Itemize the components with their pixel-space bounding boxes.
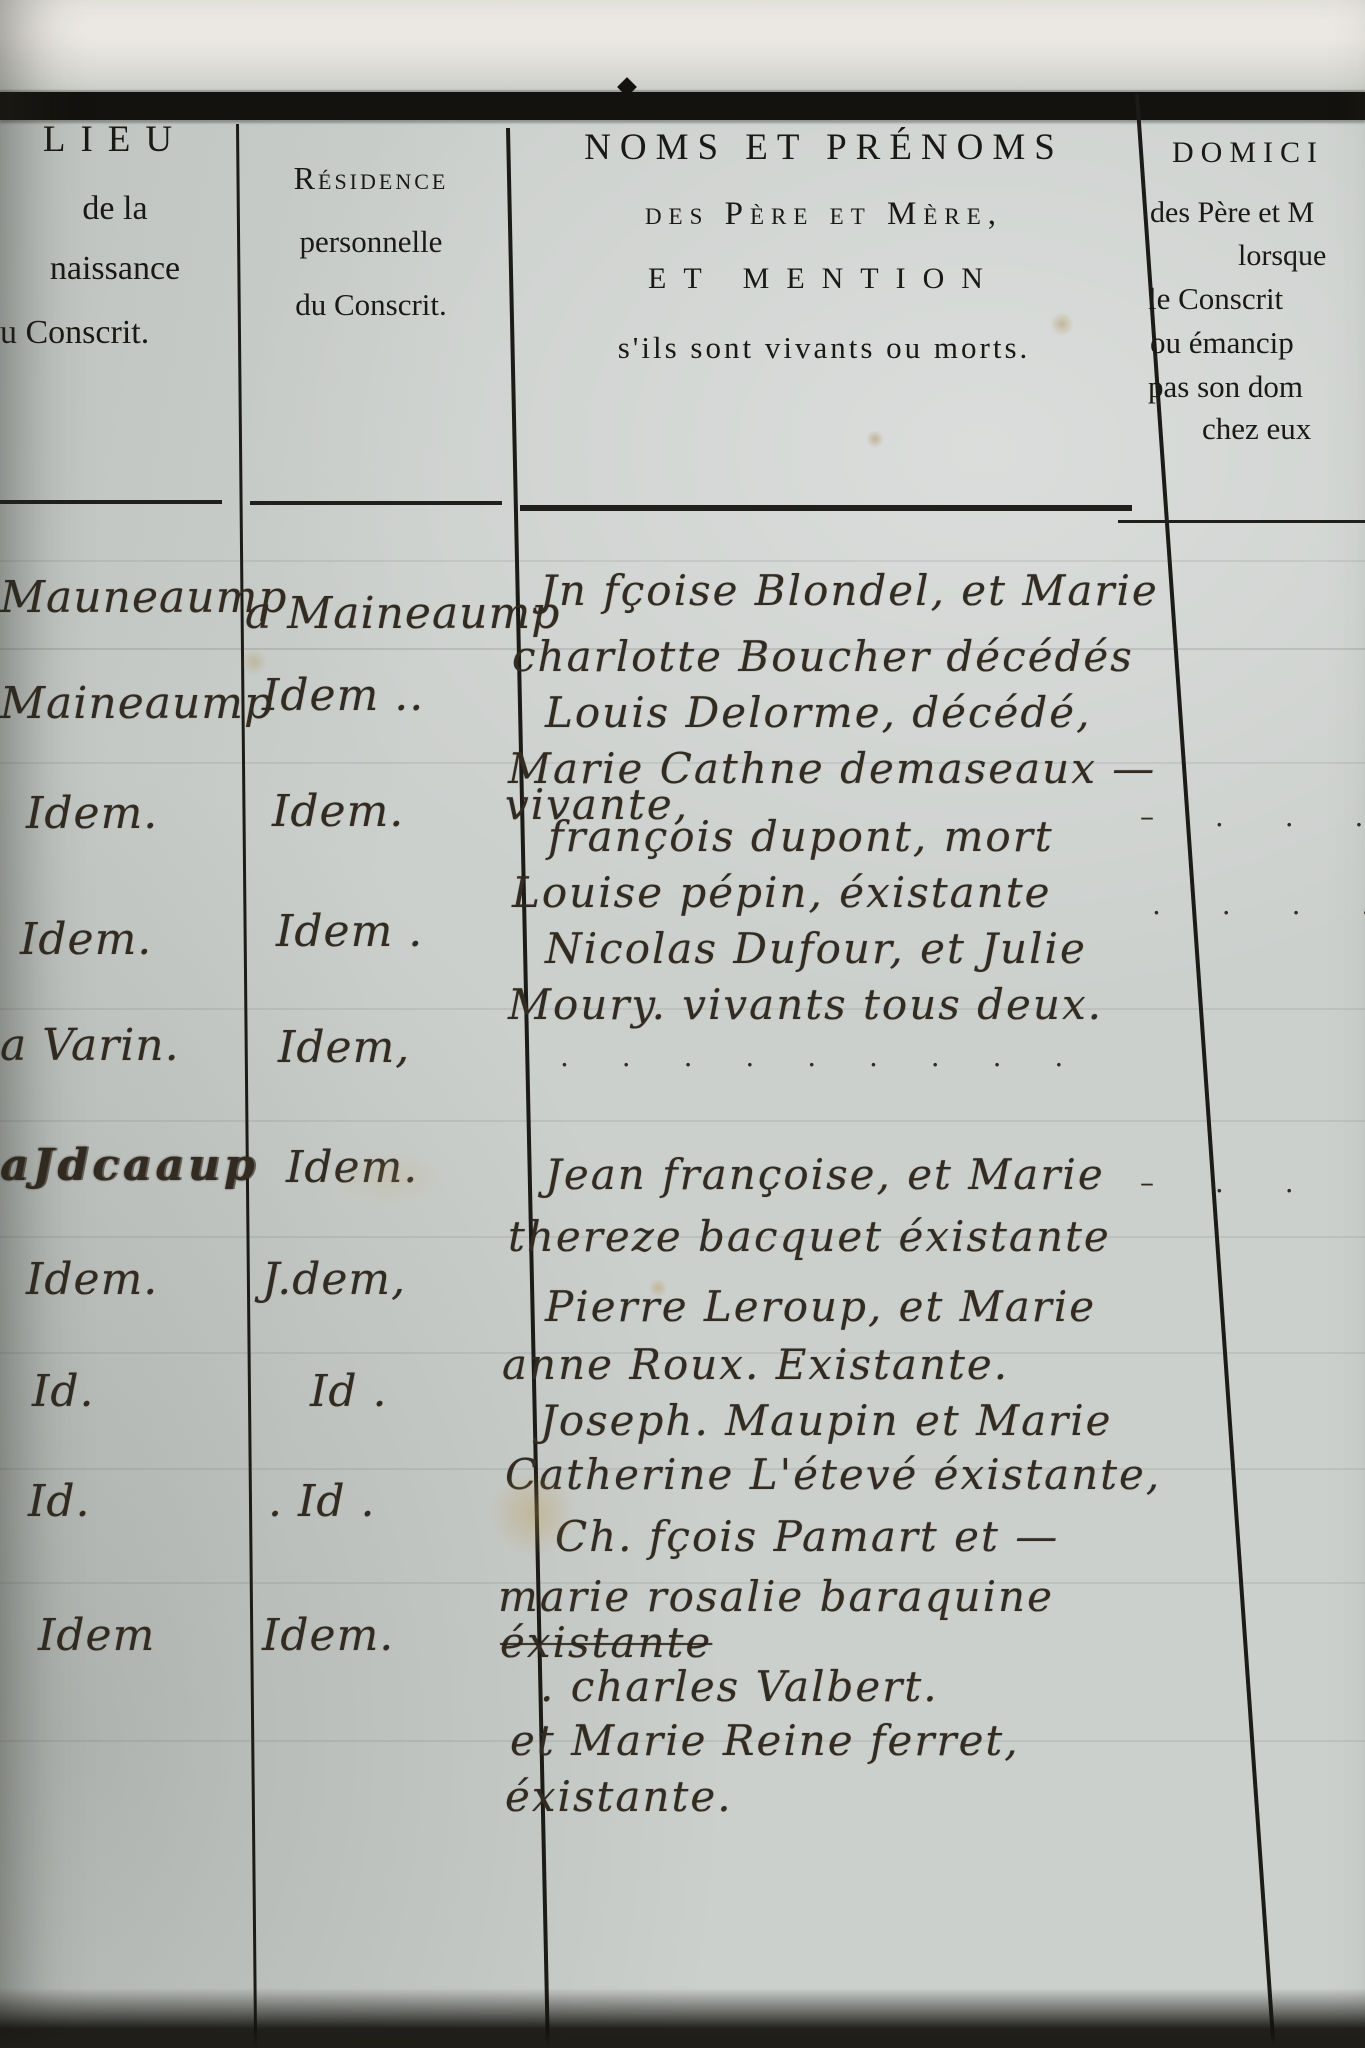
entry-residence-5: Idem, xyxy=(278,1022,410,1073)
entry-residence-8: Id . xyxy=(310,1366,388,1417)
header-noms-line4: s'ils sont vivants ou morts. xyxy=(515,330,1133,366)
entry-domicile-dots-1: – . . . . . xyxy=(1140,800,1365,833)
entry-noms-line-19: éxistante xyxy=(500,1618,712,1667)
entry-lieu-9: Id. xyxy=(28,1476,91,1527)
header-noms-title: NOMS ET PRÉNOMS xyxy=(515,126,1133,169)
entry-noms-line-14: anne Roux. Existante. xyxy=(502,1340,1009,1389)
header-noms-line2: des Père et Mère, xyxy=(515,196,1133,233)
header-noms-line3: ET MENTION xyxy=(515,262,1133,296)
entry-noms-line-8: Nicolas Dufour, et Julie xyxy=(545,924,1087,973)
entry-lieu-6: aJdcaaup xyxy=(0,1140,259,1191)
entry-noms-line-18: marie rosalie baraquine xyxy=(498,1572,1054,1621)
entry-noms-line-13: Pierre Leroup, et Marie xyxy=(545,1282,1096,1331)
stain xyxy=(1050,312,1074,336)
paper-crease xyxy=(0,648,1365,650)
stain xyxy=(866,430,884,448)
ruled-line xyxy=(0,1468,1365,1470)
entry-residence-10: Idem. xyxy=(262,1610,394,1661)
entry-residence-4: Idem . xyxy=(276,906,423,957)
header-lieu-line3: naissance xyxy=(0,250,230,288)
entry-domicile-dots-2: . . . . . xyxy=(1152,888,1365,921)
header-residence-title: Résidence xyxy=(240,160,502,197)
stain xyxy=(330,1148,450,1208)
entry-lieu-2: Maineaump xyxy=(0,678,273,729)
header-domicile-line6: pas son dom xyxy=(1148,369,1303,405)
entry-noms-line-17: Ch. fçois Pamart et — xyxy=(555,1512,1059,1561)
header-domicile-line3: lorsque xyxy=(1238,239,1326,273)
entry-residence-7: J.dem, xyxy=(262,1254,406,1305)
ruled-line xyxy=(0,1582,1365,1584)
header-lieu-title: LIEU xyxy=(0,118,230,161)
entry-noms-line-11: Jean françoise, et Marie xyxy=(545,1150,1105,1199)
header-lieu-line4: u Conscrit. xyxy=(0,314,149,352)
ruled-line xyxy=(0,1008,1365,1010)
entry-lieu-8: Id. xyxy=(32,1366,95,1417)
entry-residence-2: Idem .. xyxy=(262,670,424,721)
header-rule-lieu xyxy=(0,500,222,504)
entry-noms-line-16: Catherine L'étevé éxistante, xyxy=(505,1450,1161,1499)
paper-top-edge xyxy=(0,0,1365,94)
header-domicile-line7: chez eux xyxy=(1202,411,1311,447)
stain xyxy=(240,648,268,676)
entry-lieu-3: Idem. xyxy=(26,788,158,839)
entry-lieu-10: Idem xyxy=(38,1610,155,1661)
entry-noms-line-7: Louise pépin, éxistante xyxy=(512,868,1051,917)
entry-lieu-4: Idem. xyxy=(20,914,152,965)
header-rule-noms xyxy=(520,505,1132,511)
header-rule-domicile xyxy=(1118,520,1365,523)
conscription-register-page: LIEU de la naissance u Conscrit. Résiden… xyxy=(0,0,1365,2048)
ruled-line xyxy=(0,560,1365,562)
header-lieu-line2: de la xyxy=(0,190,230,228)
ruled-line xyxy=(0,762,1365,764)
entry-noms-line-3: Louis Delorme, décédé, xyxy=(545,688,1091,737)
entry-lieu-7: Idem. xyxy=(26,1254,158,1305)
ruled-line xyxy=(0,1236,1365,1238)
entry-residence-9: . Id . xyxy=(268,1476,376,1527)
header-domicile-line5: ou émancip xyxy=(1150,325,1294,361)
entry-noms-line-22: éxistante. xyxy=(505,1772,733,1821)
entry-noms-dots: . . . . . . . . . xyxy=(560,1040,1085,1073)
entry-domicile-dots-3: – . . xyxy=(1140,1166,1320,1199)
header-domicile-line2: des Père et M xyxy=(1150,196,1314,230)
stain xyxy=(488,1468,578,1558)
ruled-line xyxy=(0,1740,1365,1742)
entry-noms-line-2: charlotte Boucher décédés xyxy=(512,632,1134,681)
header-residence-line3: du Conscrit. xyxy=(240,287,502,323)
entry-lieu-5: a Varin. xyxy=(0,1020,180,1071)
stain xyxy=(648,1278,668,1298)
entry-residence-3: Idem. xyxy=(272,786,404,837)
header-domicile-line4: le Conscrit xyxy=(1148,281,1283,317)
top-printed-rule xyxy=(0,92,1365,120)
header-residence-line2: personnelle xyxy=(240,224,502,260)
entry-noms-line-6: françois dupont, mort xyxy=(548,812,1054,861)
column-divider-1 xyxy=(236,124,257,2048)
entry-noms-line-1: Jn fçoise Blondel, et Marie xyxy=(540,566,1159,615)
header-domicile-title: Domici xyxy=(1172,136,1324,170)
ruled-line xyxy=(0,1120,1365,1122)
entry-noms-line-20: . charles Valbert. xyxy=(540,1662,939,1711)
entry-noms-line-15: Joseph. Maupin et Marie xyxy=(540,1396,1112,1445)
ruled-line xyxy=(0,1352,1365,1354)
header-rule-residence xyxy=(250,501,502,505)
paper-bottom-edge xyxy=(0,1988,1365,2048)
entry-noms-line-9: Moury. vivants tous deux. xyxy=(508,980,1103,1029)
